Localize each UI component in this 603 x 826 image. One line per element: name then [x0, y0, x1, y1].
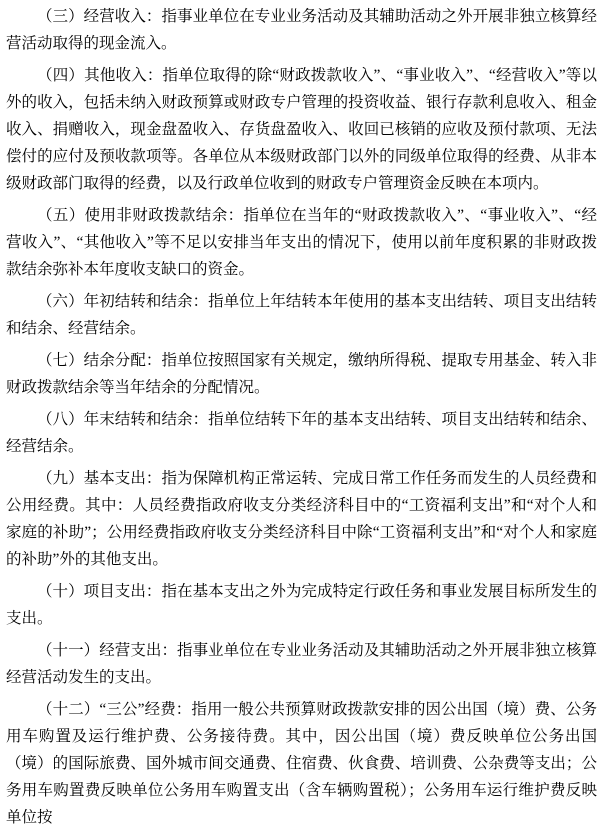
paragraph-item-9: （九）基本支出：指为保障机构正常运转、完成日常工作任务而发生的人员经费和公用经费… — [6, 465, 597, 573]
paragraph-item-3: （三）经营收入：指事业单位在专业业务活动及其辅助活动之外开展非独立核算经营活动取… — [6, 3, 597, 57]
document-page: （三）经营收入：指事业单位在专业业务活动及其辅助活动之外开展非独立核算经营活动取… — [0, 0, 603, 826]
paragraph-item-12: （十二）“三公”经费：指用一般公共预算财政拨款安排的因公出国（境）费、公务用车购… — [6, 696, 597, 826]
paragraph-item-6: （六）年初结转和结余：指单位上年结转本年使用的基本支出结转、项目支出结转和结余、… — [6, 288, 597, 342]
paragraph-item-4: （四）其他收入：指单位取得的除“财政拨款收入”、“事业收入”、“经营收入”等以外… — [6, 62, 597, 197]
paragraph-item-5: （五）使用非财政拨款结余：指单位在当年的“财政拨款收入”、“事业收入”、“经营收… — [6, 202, 597, 283]
paragraph-item-7: （七）结余分配：指单位按照国家有关规定，缴纳所得税、提取专用基金、转入非财政拨款… — [6, 347, 597, 401]
paragraph-item-10: （十）项目支出：指在基本支出之外为完成特定行政任务和事业发展目标所发生的支出。 — [6, 578, 597, 632]
paragraph-item-8: （八）年末结转和结余：指单位结转下年的基本支出结转、项目支出结转和结余、经营结余… — [6, 406, 597, 460]
paragraph-item-11: （十一）经营支出：指事业单位在专业业务活动及其辅助活动之外开展非独立核算经营活动… — [6, 637, 597, 691]
